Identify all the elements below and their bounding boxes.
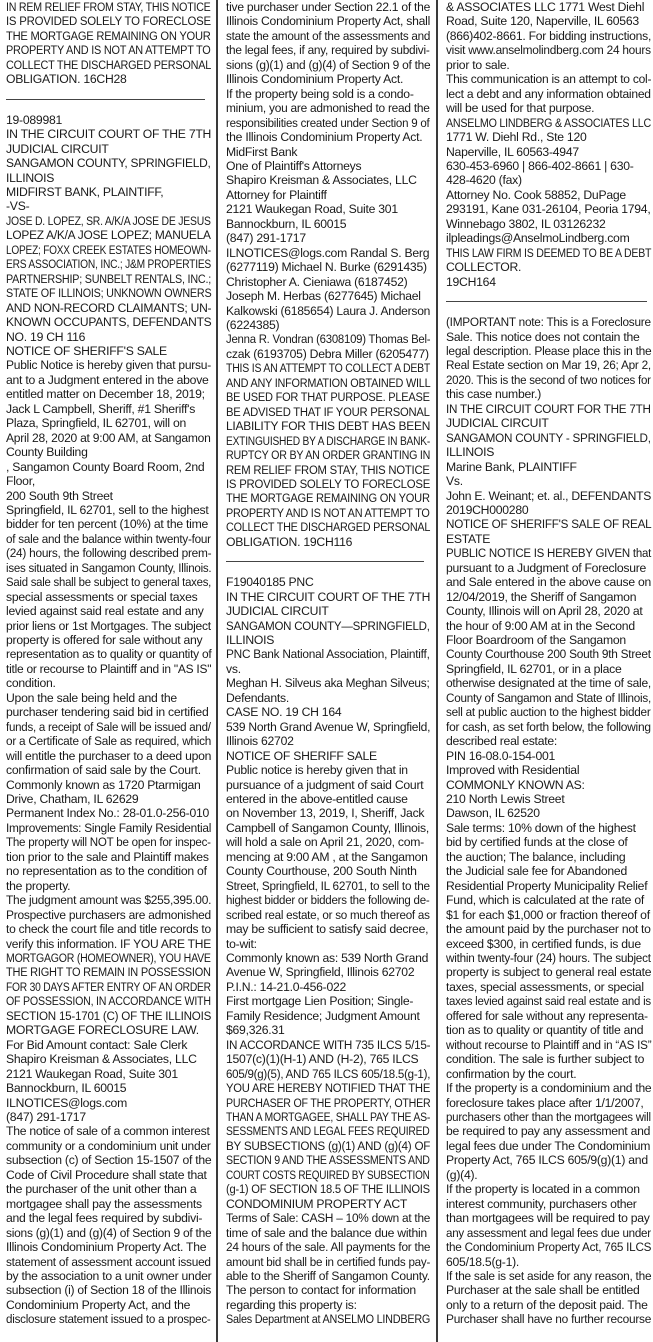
notice-text-line: PROPERTY AND IS NOT AN ATTEMPT TO [6,43,189,57]
notice-text-line: no representation as to the condition of [6,864,211,878]
notice-text-line: ilpleadings@AnselmoLindberg.com [446,231,651,245]
notice-text-line: MORTGAGE FORECLOSURE LAW. [6,1023,211,1037]
notice-text-line: Floor Boardroom of the Sangamon [446,633,651,647]
notice-text-line: (g-1) OF SECTION 18.5 OF THE ILLINOIS [226,1182,413,1196]
notice-text-line: NO. 19 CH 116 [6,330,211,344]
notice-text-line: property is subject to general real esta… [446,965,650,979]
notice-text-line: Permanent Index No.: 28-01.0-256-010 [6,806,211,820]
notice-text-line: Bannockburn, IL 60015 [6,1081,211,1095]
notice-text-line: and Sale entered in the above cause on [446,575,650,589]
notice-text-line: Springfield, IL 62701, sell to the highe… [6,503,211,517]
notice-text-line: KNOWN OCCUPANTS, DEFENDANTS [6,315,208,329]
notice-text-line: to check the court file and title record… [6,922,208,936]
notice-text-line: Attorney No. Cook 58852, DuPage [446,188,651,202]
notice-text-line: JUDICIAL CIRCUIT [446,416,651,430]
notice-text-line: 539 North Grand Avenue W, Springfield, [226,720,427,734]
notice-text-line: PARTNERSHIP; SUNBELT RENTALS, INC.; [6,272,187,286]
notice-text-line: legal fees due under The Condominium [446,1139,651,1153]
column-divider [216,0,218,1342]
notice-text-line: 1507(c)(1)(H-1) AND (H-2), 765 ILCS [226,1052,430,1066]
notice-text-line: Attorney for Plaintiff [226,188,430,202]
notice-text-line: minium, you are admonished to read the [226,101,425,115]
notice-text-line: Jenna R. Vondran (6308109) Thomas Bel- [226,332,416,346]
notice-text-line: levied against said real estate and any [6,604,211,618]
notice-separator-rule [226,561,424,562]
notice-text-line: MIDFIRST BANK, PLAINTIFF, [6,185,211,199]
notice-text-line: STATE OF ILLINOIS; UNKNOWN OWNERS [6,286,187,300]
notice-text-line: SESSMENTS AND LEGAL FEES REQUIRED [226,1124,399,1138]
notice-text-line: OF POSSESSION, IN ACCORDANCE WITH [6,994,185,1008]
notice-text-line: 210 North Lewis Street [446,792,651,806]
notice-text-line: only to a return of the deposit paid. Th… [446,1298,651,1312]
notice-text-line: OBLIGATION. 19CH116 [226,535,430,549]
notice-text-line: Upon the sale being held and the [6,691,211,705]
notice-text-line: Illinois 62702 [226,734,430,748]
notice-text-line: may be sufficient to satisfy said decree… [226,922,430,936]
notice-text-line: Purchaser shall have no further recourse [446,1312,646,1326]
column-1: IN REM RELIEF FROM STAY, THIS NOTICEIS P… [6,0,211,1342]
notice-text-line: state the amount of the assessments and [226,29,421,43]
notice-text-line: Joseph M. Herbas (6277645) Michael [226,289,430,303]
notice-text-line: 200 South 9th Street [6,489,211,503]
notice-text-line: (847) 291-1717 [6,1110,211,1124]
notice-text-line: , Sangamon County Board Room, 2nd [6,460,211,474]
notice-text-line: PROPERTY AND IS NOT AN ATTEMPT TO [226,506,408,520]
notice-text-line: County Courthouse, 200 South Ninth [226,864,430,878]
notice-text-line: & ASSOCIATES LLC 1771 West Diehl [446,0,651,14]
notice-text-line: responsibilities created under Section 9… [226,116,419,130]
notice-text-line: $69,326.31 [226,1023,430,1037]
notice-text-line: IS PROVIDED SOLELY TO FORECLOSE [226,477,416,491]
notice-text-line: COMMONLY KNOWN AS: [446,778,651,792]
notice-text-line: pursuance of a judgment of said Court [226,778,430,792]
notice-text-line: If the sale is set aside for any reason,… [446,1269,645,1283]
notice-text-line: P.I.N.: 14-21.0-456-022 [226,980,430,994]
column-2: tive purchaser under Section 22.1 of the… [226,0,430,1342]
notice-text-line: PUBLIC NOTICE IS HEREBY GIVEN that [446,546,639,560]
notice-text-line: entitled matter on December 18, 2019; [6,387,211,401]
notice-text-line: Shapiro Kreisman & Associates, LLC [226,173,430,187]
notice-text-line: (24) hours, the following described prem… [6,546,205,560]
notice-text-line: If the property being sold is a condo- [226,87,430,101]
notice-text-line: offered for sale without any representa- [446,1009,651,1023]
notice-text-line: Improved with Residential [446,763,651,777]
notice-text-line: PURCHASER OF THE PROPERTY, OTHER [226,1096,404,1110]
notice-text-line: or a Certificate of Sale as required, wh… [6,734,204,748]
notice-separator-rule [446,301,647,302]
notice-2019ch000280: (IMPORTANT note: This is a ForeclosureSa… [446,315,651,1327]
notice-text-line: SECTION 9 AND THE ASSESSMENTS AND [226,1153,403,1167]
notice-text-line: Jack L Campbell, Sheriff, #1 Sheriff's [6,402,211,416]
notice-text-line: of sale and the balance within twenty-fo… [6,532,202,546]
notice-text-line: Floor, [6,474,211,488]
notice-text-line: sell at public auction to the highest bi… [446,705,643,719]
notice-text-line: scribed real estate, or so much thereof … [226,908,420,922]
notice-text-line: special assessments or special taxes [6,590,211,604]
notice-text-line: ANSELMO LINDBERG & ASSOCIATES LLC [446,116,626,130]
notice-text-line: REM RELIEF FROM STAY, THIS NOTICE [226,463,415,477]
notice-text-line: the hour of 9:00 AM at in the Second [446,619,651,633]
notice-text-line: Bannockburn, IL 60015 [226,217,430,231]
notice-text-line: Marine Bank, PLAINTIFF [446,460,651,474]
notice-text-line: interest community, purchasers other [446,1197,651,1211]
notice-text-line: tive purchaser under Section 22.1 of the [226,0,428,14]
notice-text-line: If the property is located in a common [446,1182,651,1196]
notice-text-line: Meghan H. Silveus aka Meghan Silveus; [226,676,424,690]
notice-text-line: sions (g)(1) and (g)(4) of Section 9 of … [226,58,425,72]
notice-text-line: Terms of Sale: CASH – 10% down at the [226,1211,424,1225]
notice-text-line: NOTICE OF SHERIFF'S SALE OF REAL [446,517,642,531]
notice-text-line: NOTICE OF SHERIFF SALE [226,749,430,763]
notice-text-line: by the association to a unit owner under [6,1269,211,1283]
column-divider [436,0,438,1342]
notice-text-line: ILNOTICES@logs.com Randal S. Berg [226,246,430,260]
notice-text-line: be required to pay any assessment and [446,1124,651,1138]
notice-text-line: COLLECT THE DISCHARGED PERSONAL [6,58,189,72]
notice-text-line: pursuant to a Judgment of Foreclosure [446,561,651,575]
notice-text-line: ILLINOIS [6,171,211,185]
notice-text-line: purchasers other than the mortgagees wil… [446,1110,640,1124]
notice-text-line: ERS ASSOCIATION, INC.; J&M PROPERTIES [6,257,178,271]
notice-text-line: the Judicial sale fee for Abandoned [446,864,651,878]
notice-text-line: Real Estate section on Mar 19, 26; Apr 2… [446,358,644,372]
notice-text-line: Vs. [446,474,651,488]
notice-text-line: This communication is an attempt to col- [446,72,648,86]
notice-19ch164: F19040185 PNCIN THE CIRCUIT COURT OF THE… [226,575,430,1327]
notice-text-line: BE ADVISED THAT IF YOUR PERSONAL [226,405,414,419]
notice-text-line: the purchaser of the unit other than a [6,1182,211,1196]
notice-text-line: Road, Suite 120, Naperville, IL 60563 [446,14,651,28]
notice-text-line: the Illinois Condominium Property Act. [226,130,430,144]
notice-text-line: on November 13, 2019, I, Sheriff, Jack [226,806,430,820]
notice-text-line: IS PROVIDED SOLELY TO FORECLOSE [6,14,198,28]
notice-text-line: (6224385) [226,318,430,332]
notice-text-line: visit www.anselmolindberg.com 24 hours [446,43,645,57]
notice-text-line: THE RIGHT TO REMAIN IN POSSESSION [6,965,191,979]
notice-text-line: Drive, Chatham, IL 62629 [6,792,211,806]
notice-text-line: Improvements: Single Family Residential [6,821,205,835]
notice-text-line: BY SUBSECTIONS (g)(1) AND (g)(4) OF [226,1139,421,1153]
notice-text-line: F19040185 PNC [226,575,430,589]
notice-text-line: Code of Civil Procedure shall state that [6,1168,211,1182]
notice-text-line: JUDICIAL CIRCUIT [6,142,211,156]
notice-text-line: County, Illinois will on April 28, 2020 … [446,604,651,618]
notice-text-line: ises situated in Sangamon County, Illino… [6,561,200,575]
notice-16ch28-tail: IN REM RELIEF FROM STAY, THIS NOTICEIS P… [6,0,211,87]
notice-19ch116: 19-089981IN THE CIRCUIT COURT OF THE 7TH… [6,113,211,1327]
notice-text-line: LOPEZ; FOXX CREEK ESTATES HOMEOWN- [6,243,176,257]
notice-text-line: Public notice is hereby given that in [226,763,430,777]
notice-text-line: CASE NO. 19 CH 164 [226,705,430,719]
notice-text-line: able to the Sheriff of Sangamon County. [226,1269,428,1283]
notice-text-line: the legal fees, if any, required by subd… [226,43,424,57]
notice-text-line: THAN A MORTGAGEE, SHALL PAY THE AS- [226,1110,401,1124]
notice-text-line: -VS- [6,199,211,213]
notice-text-line: JUDICIAL CIRCUIT [226,604,430,618]
notice-text-line: tion as to quality or quantity of title … [446,1023,651,1037]
notice-text-line: First mortgage Lien Position; Single- [226,994,430,1008]
notice-text-line: IN REM RELIEF FROM STAY, THIS NOTICE [6,0,185,14]
notice-text-line: 2020. This is the second of two notices … [446,373,640,387]
notice-text-line: $1 for each $1,000 or fraction thereof o… [446,908,651,922]
notice-text-line: Sales Department at ANSELMO LINDBERG [226,1312,407,1326]
notice-text-line: ILLINOIS [226,633,430,647]
notice-text-line: Naperville, IL 60563-4947 [446,145,651,159]
notice-text-line: BE USED FOR THAT PURPOSE. PLEASE [226,390,410,404]
notice-text-line: will hold a sale on April 21, 2020, com- [226,835,430,849]
notice-text-line: Kalkowski (6185654) Laura J. Anderson [226,304,428,318]
notice-text-line: will be used for that purpose. [446,101,651,115]
notice-text-line: ILLINOIS [446,445,651,459]
notice-text-line: any assessment and legal fees due under [446,1226,641,1240]
notice-text-line: County Courthouse 200 South 9th Street [446,647,645,661]
notice-text-line: (g)(4). [446,1168,651,1182]
notice-text-line: subsection (i) of Section 18 of the Illi… [6,1283,209,1297]
notice-text-line: SANGAMON COUNTY, SPRINGFIELD, [6,156,207,170]
notice-text-line: the property. [6,879,211,893]
notice-text-line: Plaza, Springfield, IL 62701, will on [6,416,211,430]
notice-text-line: 293191, Kane 031-26104, Peoria 1794, [446,202,651,216]
notice-text-line: the amount paid by the purchaser not to [446,922,650,936]
notice-text-line: LIABILITY FOR THIS DEBT HAS BEEN [226,419,426,433]
notice-text-line: Illinois Condominium Property Act. The [6,1240,211,1254]
notice-text-line: One of Plaintiff's Attorneys [226,159,430,173]
notice-text-line: confirmation of said sale by the Court. [6,763,211,777]
notice-text-line: NOTICE OF SHERIFF'S SALE [6,344,211,358]
notice-text-line: SANGAMON COUNTY—SPRINGFIELD, [226,619,419,633]
notice-text-line: regarding this property is: [226,1298,430,1312]
notice-text-line: JOSE D. LOPEZ, SR. A/K/A JOSE DE JESUS [6,214,181,228]
notice-text-line: The judgment amount was $255,395.00. [6,893,207,907]
notice-text-line: prior to sale. [446,58,651,72]
notice-text-line: Fund, which is calculated at the rate of [446,893,651,907]
notice-text-line: COLLECT THE DISCHARGED PERSONAL [226,520,407,534]
notice-text-line: entered in the above-entitled cause [226,792,430,806]
notice-text-line: legal description. Please place this in … [446,344,647,358]
notice-text-line: taxes, special assessments, or special [446,980,651,994]
notice-text-line: IN THE CIRCUIT COURT OF THE 7TH [6,127,211,141]
notice-text-line: THIS IS AN ATTEMPT TO COLLECT A DEBT [226,361,402,375]
notice-text-line: statement of assessment account issued [6,1255,205,1269]
notice-text-line: community or a condominium unit under [6,1139,208,1153]
notice-text-line: (IMPORTANT note: This is a Foreclosure [446,315,644,329]
notice-text-line: The property will NOT be open for inspec… [6,835,201,849]
notice-text-line: COLLECTOR. [446,260,651,274]
legal-notices-page: IN REM RELIEF FROM STAY, THIS NOTICEIS P… [0,0,653,1342]
notice-text-line: Commonly known as 1720 Ptarmigan [6,778,211,792]
notice-text-line: Condominium Property Act, and the [6,1298,211,1312]
notice-text-line: Shapiro Kreisman & Associates, LLC [6,1052,211,1066]
notice-text-line: exceed $300, in certified funds, is due [446,937,651,951]
notice-text-line: YOU ARE HEREBY NOTIFIED THAT THE [226,1081,414,1095]
notice-text-line: Illinois Condominium Property Act, shall [226,14,430,28]
notice-text-line: John E. Weinant; et. al., DEFENDANTS [446,489,650,503]
notice-separator-rule [6,99,205,100]
notice-text-line: AND NON-RECORD CLAIMANTS; UN- [6,301,209,315]
notice-text-line: amount bid shall be in certified funds p… [226,1255,420,1269]
notice-text-line: The person to contact for information [226,1283,430,1297]
column-3: & ASSOCIATES LLC 1771 West DiehlRoad, Su… [446,0,651,1342]
notice-text-line: CONDOMINIUM PROPERTY ACT [226,1197,430,1211]
notice-text-line: COURT COSTS REQUIRED BY SUBSECTION [226,1168,392,1182]
notice-text-line: THE MORTGAGE REMAINING ON YOUR [6,29,194,43]
notice-text-line: highest bidder or bidders the following … [226,893,419,907]
notice-text-line: 19-089981 [6,113,211,127]
notice-text-line: condition. [6,676,211,690]
notice-text-line: described real estate: [446,734,651,748]
notice-text-line: Property Act, 765 ILCS 605/9(g)(1) and [446,1153,651,1167]
notice-text-line: lect a debt and any information obtained [446,87,649,101]
notice-text-line: (847) 291-1717 [226,231,430,245]
notice-text-line: will entitle the purchaser to a deed upo… [6,749,211,763]
notice-19ch116-continued: tive purchaser under Section 22.1 of the… [226,0,430,549]
notice-text-line: without recourse to Plaintiff and in “AS… [446,1038,642,1052]
notice-text-line: Sale terms: 10% down of the highest [446,821,651,835]
notice-text-line: FOR 30 DAYS AFTER ENTRY OF AN ORDER [6,980,178,994]
notice-19ch164-continued: & ASSOCIATES LLC 1771 West DiehlRoad, Su… [446,0,651,289]
notice-text-line: Purchaser at the sale shall be entitled [446,1283,651,1297]
notice-text-line: condition. The sale is further subject t… [446,1052,651,1066]
notice-text-line: ant to a Judgment entered in the above [6,373,211,387]
notice-text-line: 630-453-6960 | 866-402-8661 | 630- [446,159,651,173]
notice-text-line: Public Notice is hereby given that pursu… [6,358,208,372]
notice-text-line: IN THE CIRCUIT COURT FOR THE 7TH [446,402,642,416]
notice-text-line: County of Sangamon and State of Illinois… [446,691,642,705]
notice-text-line: PIN 16-08.0-154-001 [446,749,651,763]
notice-text-line: taxes levied against said real estate an… [446,994,639,1008]
notice-text-line: otherwise designated at the time of sale… [446,676,648,690]
notice-text-line: and the legal fees required by subdivi- [6,1211,211,1225]
notice-text-line: the auction; The balance, including [446,850,651,864]
notice-text-line: the Condominium Property Act, 765 ILCS [446,1240,643,1254]
notice-text-line: SECTION 15-1701 (C) OF THE ILLINOIS [6,1009,201,1023]
notice-text-line: Said sale shall be subject to general ta… [6,575,197,589]
notice-text-line: Prospective purchasers are admonished [6,908,207,922]
notice-text-line: 2121 Waukegan Road, Suite 301 [226,202,430,216]
notice-text-line: mortgagee shall pay the assessments [6,1197,211,1211]
notice-text-line: 605/18.5(g-1). [446,1255,651,1269]
notice-text-line: THE MORTGAGE REMAINING ON YOUR [226,491,412,505]
notice-text-line: funds, a receipt of Sale will be issued … [6,720,200,734]
notice-text-line: Street, Springfield, IL 62701, to sell t… [226,879,422,893]
notice-text-line: bid by certified funds at the close of [446,835,651,849]
notice-text-line: AND ANY INFORMATION OBTAINED WILL [226,376,408,390]
notice-text-line: within twenty-four (24) hours. The subje… [446,951,643,965]
notice-text-line: OBLIGATION. 16CH28 [6,72,211,86]
notice-text-line: Defendants. [226,691,430,705]
notice-text-line: April 28, 2020 at 9:00 AM, at Sangamon [6,431,209,445]
notice-text-line: Christopher A. Cieniawa (6187452) [226,275,430,289]
notice-text-line: ESTATE [446,532,651,546]
notice-text-line: prior liens or 1st Mortgages. The subjec… [6,619,209,633]
notice-text-line: tion prior to the sale and Plaintiff mak… [6,850,211,864]
notice-text-line: LOPEZ A/K/A JOSE LOPEZ; MANUELA [6,228,206,242]
notice-text-line: For Bid Amount contact: Sale Clerk [6,1038,211,1052]
notice-text-line: County Building [6,445,211,459]
notice-text-line: MORTGAGOR (HOMEOWNER), YOU HAVE [6,951,183,965]
notice-text-line: Springfield, IL 62701, or in a place [446,662,651,676]
notice-text-line: vs. [226,662,430,676]
notice-text-line: Commonly known as: 539 North Grand [226,951,430,965]
notice-text-line: 19CH164 [446,275,651,289]
notice-text-line: (866)402-8661. For bidding instructions, [446,29,650,43]
notice-text-line: The notice of sale of a common interest [6,1124,211,1138]
notice-text-line: foreclosure takes place after 1/1/2007, [446,1096,651,1110]
notice-text-line: 605/9(g)(5), AND 765 ILCS 605/18.5(g-1), [226,1067,419,1081]
notice-text-line: Dawson, IL 62520 [446,806,651,820]
notice-text-line: sions (g)(1) and (g)(4) of Section 9 of … [6,1226,207,1240]
notice-text-line: than mortgagees will be required to pay [446,1211,651,1225]
notice-text-line: subsection (c) of Section 15-1507 of the [6,1153,211,1167]
notice-text-line: disclosure statement issued to a prospec… [6,1312,201,1326]
notice-text-line: EXTINGUISHED BY A DISCHARGE IN BANK- [226,434,397,448]
notice-text-line: representation as to quality or quantity… [6,647,207,661]
notice-text-line: 1771 W. Diehl Rd., Ste 120 [446,130,651,144]
notice-text-line: RUPTCY OR BY AN ORDER GRANTING IN [226,448,405,462]
notice-text-line: MidFirst Bank [226,145,430,159]
notice-text-line: verify this information. IF YOU ARE THE [6,937,208,951]
notice-text-line: (6277119) Michael N. Burke (6291435) [226,260,430,274]
notice-text-line: time of sale and the balance due within [226,1226,430,1240]
notice-text-line: 2121 Waukegan Road, Suite 301 [6,1067,211,1081]
notice-text-line: Campbell of Sangamon County, Illinois, [226,821,430,835]
notice-text-line: IN ACCORDANCE WITH 735 ILCS 5/15- [226,1038,421,1052]
notice-text-line: czak (6193705) Debra Miller (6205477) [226,347,430,361]
notice-text-line: PNC Bank National Association, Plaintiff… [226,647,424,661]
notice-text-line: to-wit: [226,937,430,951]
notice-text-line: If the property is a condominium and the [446,1081,649,1095]
notice-text-line: ILNOTICES@logs.com [6,1096,211,1110]
notice-text-line: IN THE CIRCUIT COURT OF THE 7TH [226,590,429,604]
notice-text-line: 428-4620 (fax) [446,173,651,187]
notice-text-line: 12/04/2019, the Sheriff of Sangamon [446,590,651,604]
notice-text-line: Residential Property Municipality Relief [446,879,651,893]
notice-text-line: for cash, as set forth below, the follow… [446,720,647,734]
notice-text-line: confirmation by the court. [446,1067,651,1081]
notice-text-line: property is offered for sale without any [6,633,211,647]
notice-text-line: this case number.) [446,387,651,401]
notice-text-line: Illinois Condominium Property Act. [226,72,430,86]
notice-text-line: bidder for ten percent (10%) at the time [6,517,211,531]
notice-text-line: Sale. This notice does not contain the [446,330,651,344]
notice-text-line: Winnebago 3802, IL 03126232 [446,217,651,231]
notice-text-line: Family Residence; Judgment Amount [226,1009,430,1023]
notice-text-line: title or recourse to Plaintiff and in "A… [6,662,207,676]
notice-text-line: mencing at 9:00 AM , at the Sangamon [226,850,430,864]
notice-text-line: THIS LAW FIRM IS DEEMED TO BE A DEBT [446,246,623,260]
notice-text-line: 24 hours of the sale. All payments for t… [226,1240,424,1254]
notice-text-line: 2019CH000280 [446,503,651,517]
notice-text-line: purchaser tendering said bid in certifie… [6,705,211,719]
notice-text-line: Avenue W, Springfield, Illinois 62702 [226,965,430,979]
notice-text-line: SANGAMON COUNTY - SPRINGFIELD, [446,431,642,445]
